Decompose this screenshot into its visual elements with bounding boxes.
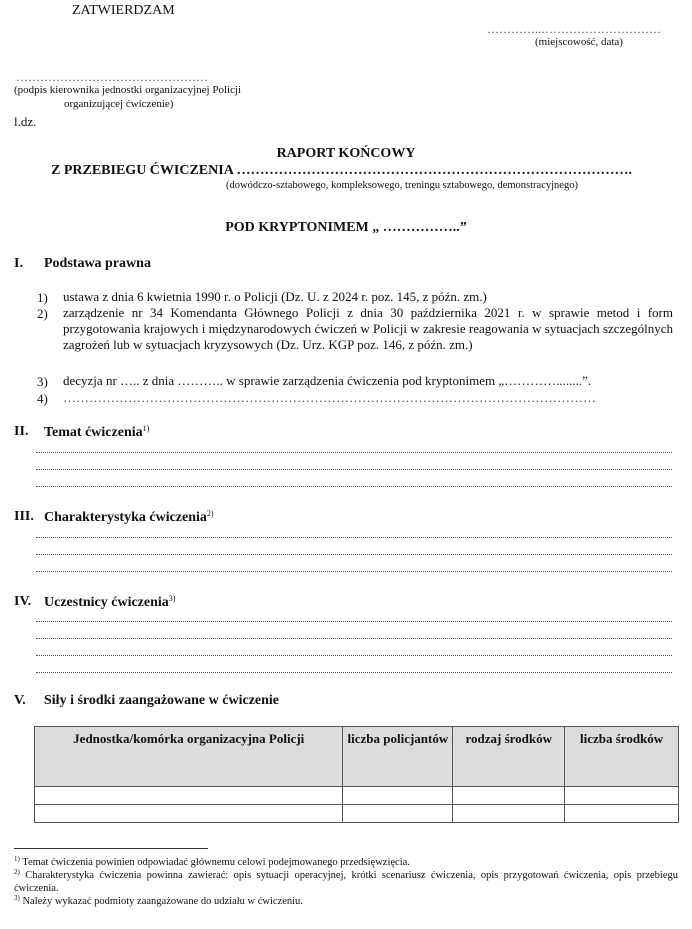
document-title: RAPORT KOŃCOWY (0, 146, 692, 162)
signature-label: (podpis kierownika jednostki organizacyj… (14, 84, 241, 96)
section-number: IV. (14, 594, 31, 610)
blank-input-line[interactable] (36, 571, 672, 572)
column-header-unit: Jednostka/komórka organizacyjna Policji (35, 727, 343, 787)
reference-number-label: l.dz. (14, 114, 36, 130)
section-title: Podstawa prawna (44, 256, 151, 272)
table-row (35, 787, 679, 805)
section-title: Charakterystyka ćwiczenia2) (44, 509, 214, 526)
section-title: Uczestnicy ćwiczenia3) (44, 594, 175, 611)
table-cell[interactable] (35, 787, 343, 805)
list-item-number: 2) (37, 306, 48, 322)
section-number: II. (14, 424, 28, 440)
list-item: decyzja nr ….. z dnia ……….. w sprawie za… (63, 373, 673, 389)
blank-input-line[interactable] (36, 554, 672, 555)
signature-label-continued: organizującej ćwiczenie) (64, 98, 173, 110)
footnote-separator (14, 848, 208, 849)
table-cell[interactable] (453, 805, 565, 823)
table-cell[interactable] (565, 787, 679, 805)
exercise-type-note: (dowódczo-sztabowego, kompleksowego, tre… (226, 180, 578, 191)
table-row (35, 805, 679, 823)
approval-label: ZATWIERDZAM (72, 3, 175, 19)
list-item-blank-field[interactable]: …………………………………………………………………………………………………………… (63, 390, 673, 406)
table-cell[interactable] (343, 805, 453, 823)
blank-input-line[interactable] (36, 655, 672, 656)
column-header-resource-count: liczba środków (565, 727, 679, 787)
blank-input-line[interactable] (36, 638, 672, 639)
codename-line: POD KRYPTONIMEM „ ……………..” (0, 220, 692, 236)
footnote-ref: 1) (143, 424, 150, 433)
table-cell[interactable] (35, 805, 343, 823)
list-item: zarządzenie nr 34 Komendanta Głównego Po… (63, 305, 673, 354)
blank-input-line[interactable] (36, 486, 672, 487)
footnote-ref: 3) (169, 594, 176, 603)
column-header-resource-type: rodzaj środków (453, 727, 565, 787)
footnote: 3) Należy wykazać podmioty zaangażowane … (14, 892, 678, 908)
blank-input-line[interactable] (36, 469, 672, 470)
column-header-officer-count: liczba policjantów (343, 727, 453, 787)
list-item-number: 1) (37, 290, 48, 306)
table-cell[interactable] (453, 787, 565, 805)
table-cell[interactable] (565, 805, 679, 823)
list-item: ustawa z dnia 6 kwietnia 1990 r. o Polic… (63, 289, 673, 305)
list-item-number: 4) (37, 391, 48, 407)
blank-input-line[interactable] (36, 621, 672, 622)
place-date-field[interactable]: …………..………………………… (487, 22, 661, 37)
blank-input-line[interactable] (36, 452, 672, 453)
section-number: III. (14, 509, 34, 525)
section-number: V. (14, 693, 26, 709)
document-subtitle: Z PRZEBIEGU ĆWICZENIA ………………………………………………… (51, 163, 632, 179)
signature-field[interactable]: ………………………………………… (16, 70, 208, 85)
forces-table: Jednostka/komórka organizacyjna Policji … (34, 726, 679, 823)
blank-input-line[interactable] (36, 537, 672, 538)
place-date-label: (miejscowość, data) (535, 36, 623, 48)
section-title: Temat ćwiczenia1) (44, 424, 149, 441)
section-title: Siły i środki zaangażowane w ćwiczenie (44, 693, 279, 709)
blank-input-line[interactable] (36, 672, 672, 673)
list-item-number: 3) (37, 374, 48, 390)
table-cell[interactable] (343, 787, 453, 805)
footnote: 2) Charakterystyka ćwiczenia powinna zaw… (14, 866, 678, 895)
footnote-ref: 2) (207, 509, 214, 518)
section-number: I. (14, 256, 23, 272)
table-header-row: Jednostka/komórka organizacyjna Policji … (35, 727, 679, 787)
